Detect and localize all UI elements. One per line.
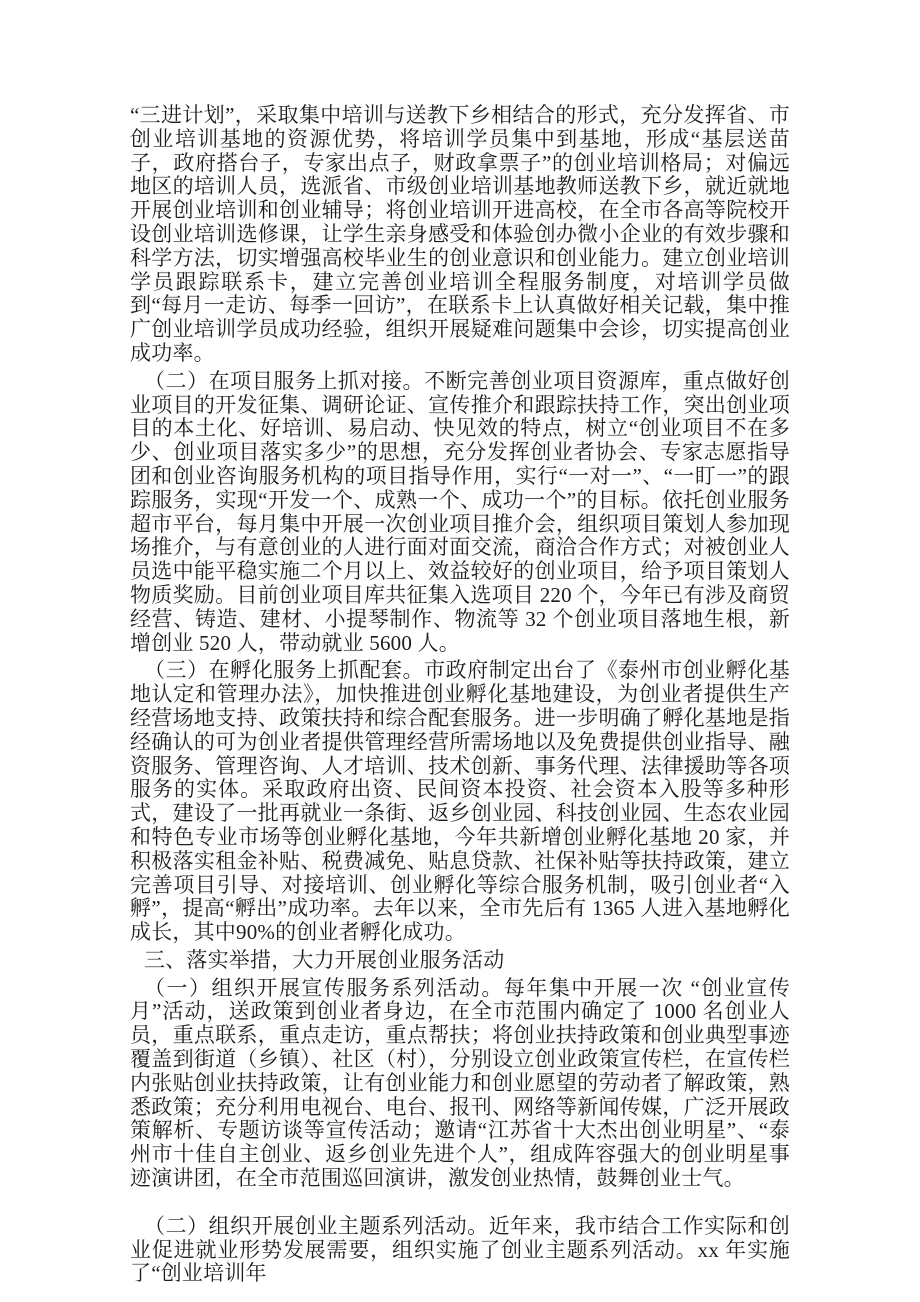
paragraph-incubation-service: （三）在孵化服务上抓配套。市政府制定出台了《泰州市创业孵化基地认定和管理办法》，… <box>130 659 790 945</box>
paragraph-publicity-activities: （一）组织开展宣传服务系列活动。每年集中开展一次 “创业宣传月”活动，送政策到创… <box>130 977 790 1191</box>
document-body-text: “三进计划”，采取集中培训与送教下乡相结合的形式，充分发挥省、市创业培训基地的资… <box>130 104 790 1290</box>
blank-line-spacer <box>130 1195 790 1215</box>
document-page: “三进计划”，采取集中培训与送教下乡相结合的形式，充分发挥省、市创业培训基地的资… <box>0 0 920 1302</box>
section-heading-three: 三、落实举措，大力开展创业服务活动 <box>130 949 790 973</box>
paragraph-theme-activities: （二）组织开展创业主题系列活动。近年来，我市结合工作实际和创业促进就业形势发展需… <box>130 1215 790 1286</box>
paragraph-project-service: （二）在项目服务上抓对接。不断完善创业项目资源库，重点做好创业项目的开发征集、调… <box>130 370 790 656</box>
paragraph-continuation-training-plan: “三进计划”，采取集中培训与送教下乡相结合的形式，充分发挥省、市创业培训基地的资… <box>130 104 790 366</box>
